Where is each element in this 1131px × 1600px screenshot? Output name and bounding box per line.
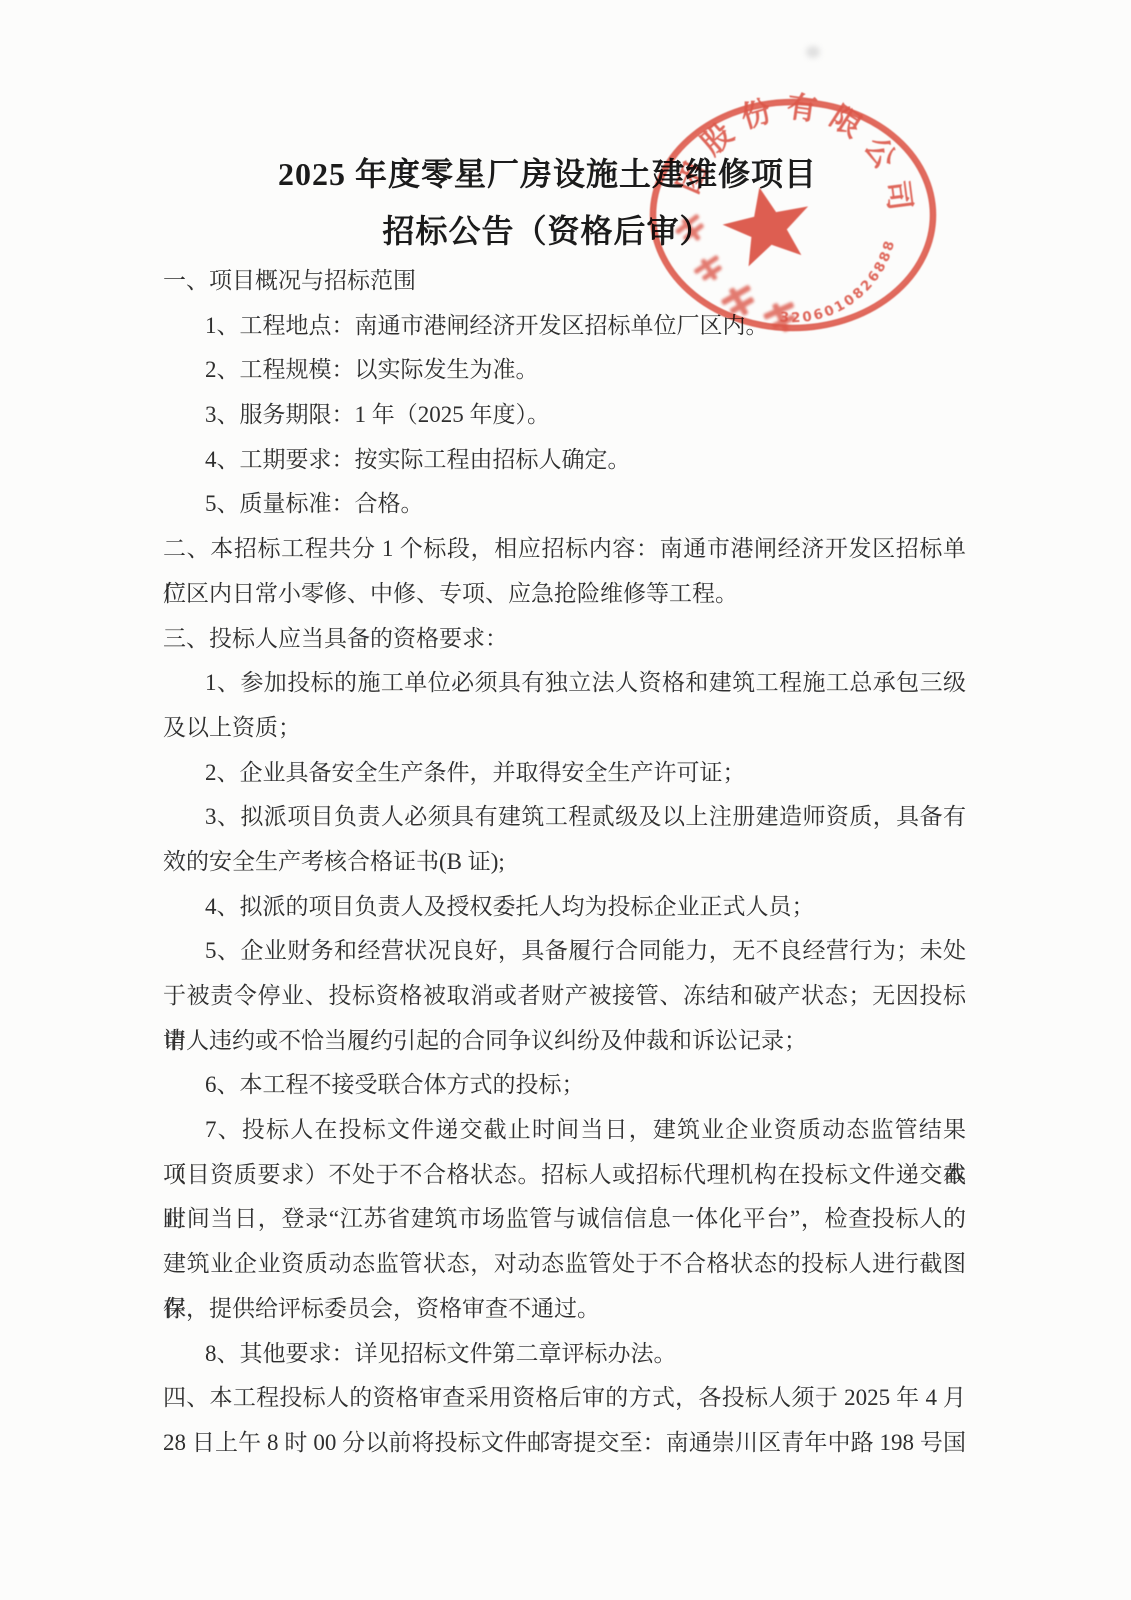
body-line: 4、工期要求：按实际工程由招标人确定。 [163,438,966,483]
body-line: 5、企业财务和经营状况良好，具备履行合同能力，无不良经营行为；未处 [163,929,966,974]
body-line: 于被责令停业、投标资格被取消或者财产被接管、冻结和破产状态；无因投标申 [163,974,966,1019]
body-line: 3、服务期限：1 年（2025 年度）。 [163,393,966,438]
body-line: 厂区内日常小零修、中修、专项、应急抢险维修等工程。 [163,572,966,617]
body-line: 2、工程规模：以实际发生为准。 [163,348,966,393]
document-page: 2025 年度零星厂房设施土建维修项目 招标公告（资格后审） 一、项目概况与招标… [0,0,1131,1600]
body-line: 三、投标人应当具备的资格要求： [163,617,966,662]
body-line: 2、企业具备安全生产条件，并取得安全生产许可证； [163,751,966,796]
body-line: 1、参加投标的施工单位必须具有独立法人资格和建筑工程施工总承包三级 [163,661,966,706]
body-line: 7、投标人在投标文件递交截止时间当日，建筑业企业资质动态监管结果（本 [163,1108,966,1153]
document-body: 一、项目概况与招标范围 1、工程地点：南通市港闸经济开发区招标单位厂区内。 2、… [163,259,966,1466]
body-line: 项目资质要求）不处于不合格状态。招标人或招标代理机构在投标文件递交截止 [163,1153,966,1198]
body-line: 及以上资质； [163,706,966,751]
body-line: 请人违约或不恰当履约引起的合同争议纠纷及仲裁和诉讼记录； [163,1019,966,1064]
body-line: 四、本工程投标人的资格审查采用资格后审的方式，各投标人须于 2025 年 4 月 [163,1376,966,1421]
star-icon [717,178,818,269]
body-line: 6、本工程不接受联合体方式的投标； [163,1063,966,1108]
body-line: 3、拟派项目负责人必须具有建筑工程贰级及以上注册建造师资质，具备有 [163,795,966,840]
body-line: 8、其他要求：详见招标文件第二章评标办法。 [163,1332,966,1377]
body-line: 5、质量标准：合格。 [163,482,966,527]
seal-company-arc-text: 团股份有限公司 [671,80,934,229]
body-line: 28 日上午 8 时 00 分以前将投标文件邮寄提交至：南通崇川区青年中路 19… [163,1421,966,1466]
body-line: 二、本招标工程共分 1 个标段，相应招标内容：南通市港闸经济开发区招标单位 [163,527,966,572]
company-seal-stamp: 团股份有限公司 3206010826888 [630,80,960,350]
body-line: 效的安全生产考核合格证书(B 证); [163,840,966,885]
body-line: 4、拟派的项目负责人及授权委托人均为投标企业正式人员； [163,885,966,930]
scan-smudge [806,46,820,58]
body-line: 时间当日，登录“江苏省建筑市场监管与诚信信息一体化平台”，检查投标人的 [163,1197,966,1242]
body-line: 存，提供给评标委员会，资格审查不通过。 [163,1287,966,1332]
body-line: 建筑业企业资质动态监管状态，对动态监管处于不合格状态的投标人进行截图保 [163,1242,966,1287]
